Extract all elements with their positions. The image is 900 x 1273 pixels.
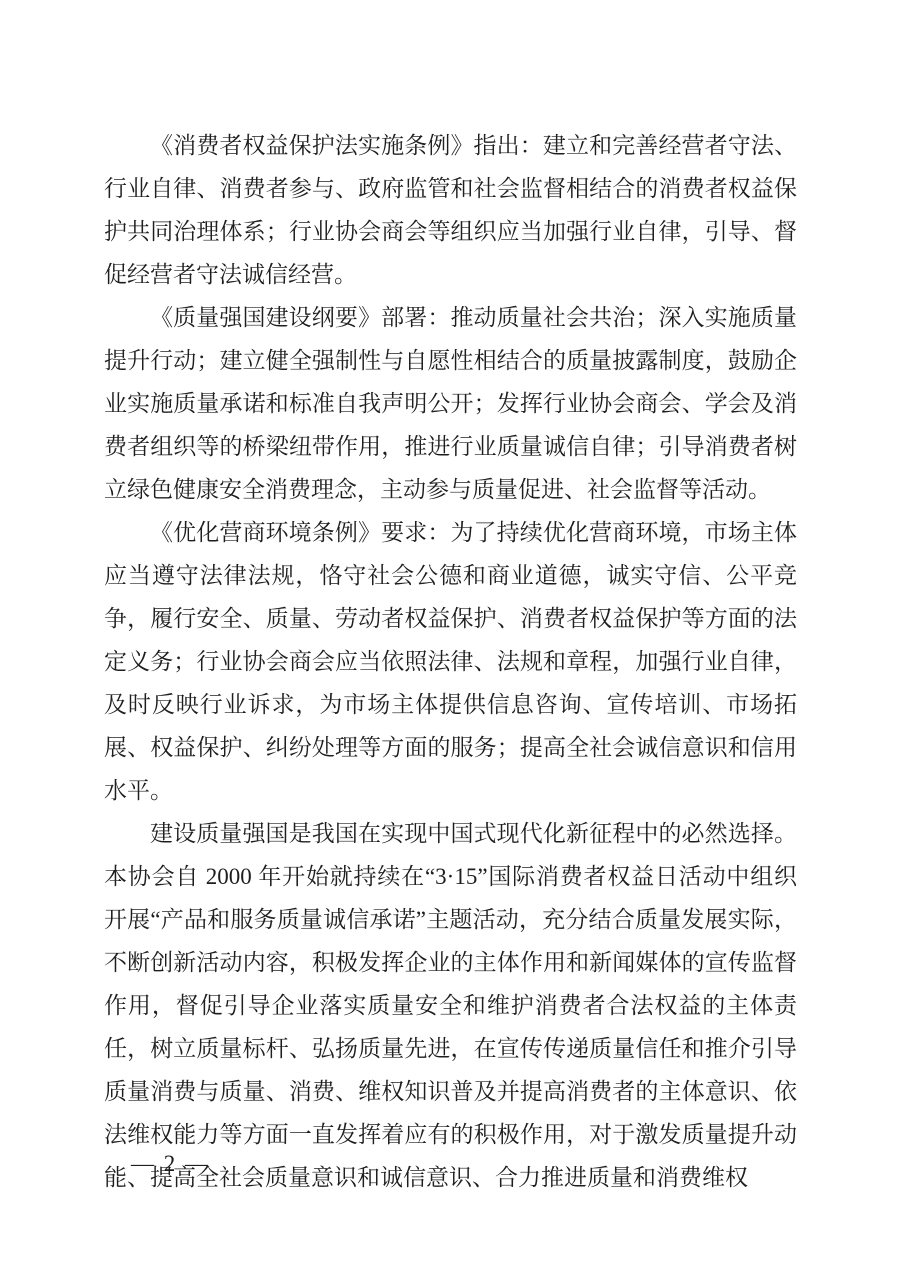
page-number: — 2 — <box>131 1148 210 1180</box>
paragraph-association-activities: 建设质量强国是我国在实现中国式现代化新征程中的必然选择。本协会自 2000 年开… <box>104 812 797 1199</box>
paragraph-quality-nation-outline: 《质量强国建设纲要》部署：推动质量社会共治；深入实施质量提升行动；建立健全强制性… <box>104 296 797 511</box>
paragraph-consumer-rights-regulation: 《消费者权益保护法实施条例》指出：建立和完善经营者守法、行业自律、消费者参与、政… <box>104 124 797 296</box>
paragraph-business-environment-regulation: 《优化营商环境条例》要求：为了持续优化营商环境，市场主体应当遵守法律法规，恪守社… <box>104 511 797 812</box>
document-page: 《消费者权益保护法实施条例》指出：建立和完善经营者守法、行业自律、消费者参与、政… <box>0 0 900 1273</box>
document-body: 《消费者权益保护法实施条例》指出：建立和完善经营者守法、行业自律、消费者参与、政… <box>104 124 797 1199</box>
